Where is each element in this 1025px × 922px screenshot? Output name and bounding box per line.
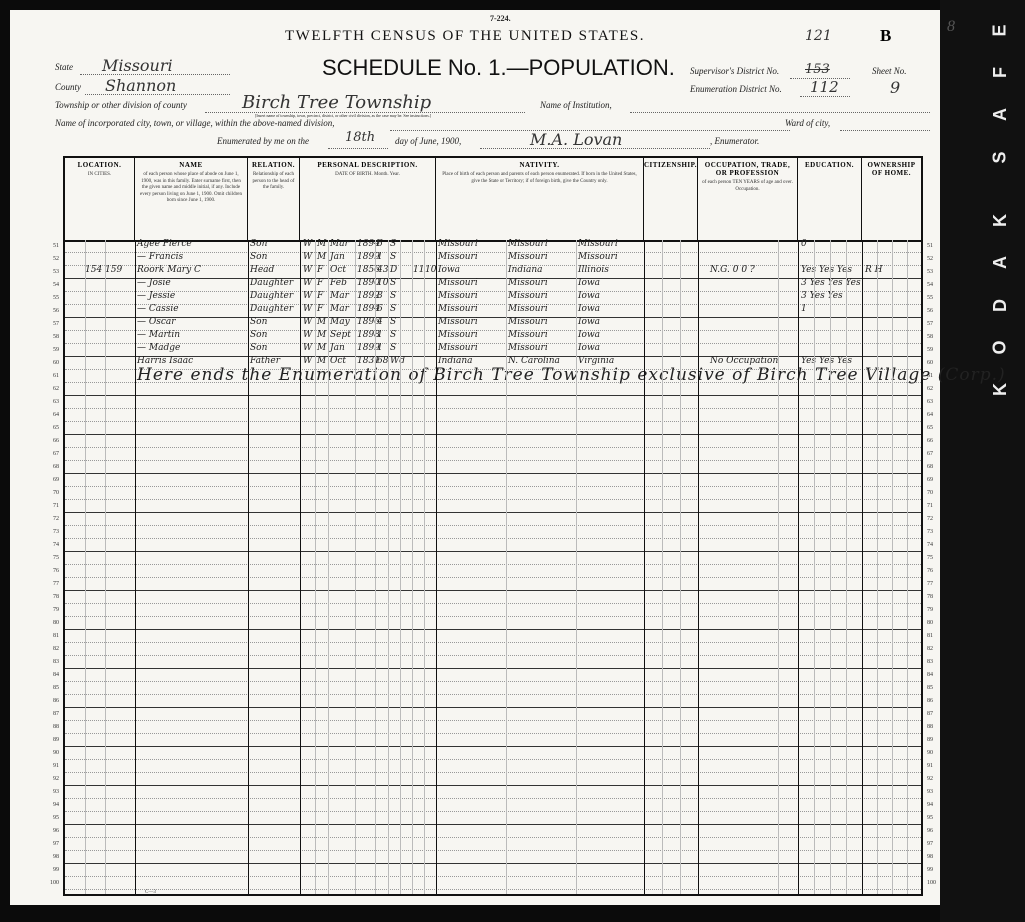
line-number-right: 63 — [927, 399, 933, 405]
cell-marital: S — [390, 291, 396, 301]
table-row: 7777 — [65, 578, 921, 591]
cell-age: 43 — [377, 265, 388, 275]
line-number: 53 — [39, 269, 59, 275]
table-row: 7373 — [65, 526, 921, 539]
line-number-right: 86 — [927, 698, 933, 704]
table-row: 7575 — [65, 552, 921, 565]
line-number-right: 98 — [927, 854, 933, 860]
line-number: 81 — [39, 633, 59, 639]
cell-color: W — [303, 317, 312, 327]
cell-family: 159 — [105, 265, 122, 275]
line-number-right: 84 — [927, 672, 933, 678]
line-number-right: 72 — [927, 516, 933, 522]
cell-birth-mother: Iowa — [578, 304, 600, 314]
cell-relation: Daughter — [250, 278, 293, 288]
line-number: 66 — [39, 438, 59, 444]
film-edge-letter: F — [990, 67, 1011, 78]
column-rule — [248, 240, 249, 894]
line-number-right: 64 — [927, 412, 933, 418]
column-rule — [907, 240, 908, 894]
column-rule — [300, 240, 301, 894]
population-table: LOCATION.IN CITIES. NAMEof each person w… — [63, 156, 923, 896]
sheet-letter: B — [880, 26, 891, 46]
column-rule — [862, 240, 863, 894]
column-rule — [644, 240, 645, 894]
township-value: Birch Tree Township — [242, 92, 431, 113]
column-rule — [135, 240, 136, 894]
cell-education: 3 Yes Yes — [801, 291, 843, 301]
census-title: TWELFTH CENSUS OF THE UNITED STATES. — [285, 28, 645, 45]
line-number: 82 — [39, 646, 59, 652]
table-row: 5353154159Roork Mary CHeadWFOct185643D11… — [65, 266, 921, 279]
table-row: 8686 — [65, 695, 921, 708]
cell-name: — Josie — [137, 278, 171, 288]
line-number: 89 — [39, 737, 59, 743]
line-number-right: 100 — [927, 880, 936, 886]
cell-month: Jan — [330, 252, 345, 262]
table-row: 5656— CassieDaughterWFMar18946SMissouriM… — [65, 305, 921, 318]
cell-birth-father: Missouri — [508, 278, 548, 288]
cell-age: 6 — [377, 304, 383, 314]
sheet-no-value: 9 — [890, 78, 900, 97]
cell-dwelling: 154 — [85, 265, 102, 275]
line-number-right: 97 — [927, 841, 933, 847]
enumerator-value: M.A. Lovan — [530, 130, 622, 149]
cell-birth-mother: Iowa — [578, 291, 600, 301]
sheet-no-label: Sheet No. — [872, 66, 907, 76]
table-row: 8989 — [65, 734, 921, 747]
cell-color: W — [303, 291, 312, 301]
table-row: 6262 — [65, 383, 921, 396]
film-edge-letter: D — [990, 299, 1011, 312]
table-row: 9191 — [65, 760, 921, 773]
supervisor-district-label: Supervisor's District No. — [690, 66, 779, 76]
enumeration-line — [800, 96, 850, 97]
cell-relation: Daughter — [250, 291, 293, 301]
table-row: 7070 — [65, 487, 921, 500]
cell-name: — Cassie — [137, 304, 179, 314]
line-number: 60 — [39, 360, 59, 366]
cell-color: W — [303, 239, 312, 249]
line-number-right: 75 — [927, 555, 933, 561]
cell-month: Sept — [330, 330, 351, 340]
cell-birth-self: Missouri — [438, 278, 478, 288]
line-number: 68 — [39, 464, 59, 470]
cell-birth-father: Missouri — [508, 304, 548, 314]
cell-marital: S — [390, 239, 396, 249]
enumerated-suffix: day of June, 1900, — [395, 136, 461, 146]
film-edge-text: KODAK SAFE — [985, 20, 1015, 400]
table-row: 8787 — [65, 708, 921, 721]
cell-birth-mother: Illinois — [578, 265, 609, 275]
table-row: 7272 — [65, 513, 921, 526]
line-number: 79 — [39, 607, 59, 613]
cell-birth-father: Missouri — [508, 317, 548, 327]
line-number: 97 — [39, 841, 59, 847]
header-relation: RELATION.Relationship of each person to … — [248, 158, 300, 240]
table-row: 9999 — [65, 864, 921, 877]
cell-name: — Martin — [137, 330, 180, 340]
table-row: 5454— JosieDaughterWFFeb189010SMissouriM… — [65, 279, 921, 292]
column-rule — [877, 240, 878, 894]
table-row: 7878 — [65, 591, 921, 604]
table-row: 6767 — [65, 448, 921, 461]
cell-month: Oct — [330, 265, 346, 275]
cell-marital: D — [390, 265, 397, 275]
line-number: 93 — [39, 789, 59, 795]
cell-marital: S — [390, 304, 396, 314]
census-sheet: 7-224. TWELFTH CENSUS OF THE UNITED STAT… — [10, 10, 940, 905]
line-number-right: 92 — [927, 776, 933, 782]
cell-month: Mar — [330, 304, 349, 314]
column-rule — [846, 240, 847, 894]
enumerator-label: , Enumerator. — [710, 136, 759, 146]
cell-sex: F — [317, 291, 323, 301]
column-rule — [388, 240, 389, 894]
cell-month: May — [330, 317, 350, 327]
cell-education: 1 — [801, 304, 807, 314]
cell-color: W — [303, 304, 312, 314]
column-rule — [355, 240, 356, 894]
cell-month: Feb — [330, 278, 347, 288]
line-number-right: 69 — [927, 477, 933, 483]
line-number-right: 76 — [927, 568, 933, 574]
line-number-right: 52 — [927, 256, 933, 262]
table-row: 6363 — [65, 396, 921, 409]
table-row: 9797 — [65, 838, 921, 851]
line-number: 95 — [39, 815, 59, 821]
line-number: 84 — [39, 672, 59, 678]
header-education: EDUCATION. — [798, 158, 862, 240]
cell-sex: F — [317, 304, 323, 314]
column-rule — [778, 240, 779, 894]
footer-mark: C—3 — [145, 890, 156, 895]
state-value: Missouri — [102, 56, 173, 75]
line-number-right: 62 — [927, 386, 933, 392]
line-number-right: 81 — [927, 633, 933, 639]
line-number-right: 85 — [927, 685, 933, 691]
cell-birth-father: Missouri — [508, 252, 548, 262]
cell-sex: M — [317, 343, 326, 353]
township-label: Township or other division of county — [55, 100, 187, 110]
line-number-right: 59 — [927, 347, 933, 353]
cell-color: W — [303, 252, 312, 262]
county-label: County — [55, 82, 81, 92]
cell-birth-father: Indiana — [508, 265, 543, 275]
cell-birth-self: Missouri — [438, 239, 478, 249]
line-number: 73 — [39, 529, 59, 535]
cell-relation: Daughter — [250, 304, 293, 314]
cell-education: Yes Yes Yes — [801, 265, 852, 275]
cell-age: 4 — [377, 317, 383, 327]
line-number: 59 — [39, 347, 59, 353]
cell-month: Mar — [330, 291, 349, 301]
cell-sex: F — [317, 278, 323, 288]
column-rule — [105, 240, 106, 894]
cell-mother-of: 11 — [413, 265, 424, 275]
table-row: 8484 — [65, 669, 921, 682]
line-number: 83 — [39, 659, 59, 665]
table-row: 9292 — [65, 773, 921, 786]
form-number: 7-224. — [490, 14, 511, 23]
line-number: 65 — [39, 425, 59, 431]
line-number-right: 70 — [927, 490, 933, 496]
line-number-right: 68 — [927, 464, 933, 470]
line-number: 88 — [39, 724, 59, 730]
cell-birth-self: Missouri — [438, 317, 478, 327]
column-rule — [375, 240, 376, 894]
header-occupation: OCCUPATION, TRADE, OR PROFESSIONof each … — [698, 158, 798, 240]
cell-name: — Madge — [137, 343, 180, 353]
table-row: 5555— JessieDaughterWFMar18928SMissouriM… — [65, 292, 921, 305]
table-row: 6161Here ends the Enumeration of Birch T… — [65, 370, 921, 383]
table-row: 5858— MartinSonWMSept18981SMissouriMisso… — [65, 331, 921, 344]
table-row: 6464 — [65, 409, 921, 422]
cell-color: W — [303, 330, 312, 340]
cell-birth-self: Missouri — [438, 304, 478, 314]
cell-birth-self: Missouri — [438, 330, 478, 340]
line-number-right: 53 — [927, 269, 933, 275]
table-row: 7171 — [65, 500, 921, 513]
cell-relation: Son — [250, 239, 267, 249]
cell-age: 8 — [377, 291, 383, 301]
table-row: 9090 — [65, 747, 921, 760]
line-number-right: 90 — [927, 750, 933, 756]
line-number: 94 — [39, 802, 59, 808]
cell-birth-father: Missouri — [508, 330, 548, 340]
cell-birth-self: Missouri — [438, 291, 478, 301]
line-number-right: 99 — [927, 867, 933, 873]
line-number: 63 — [39, 399, 59, 405]
table-row: 6666 — [65, 435, 921, 448]
column-rule — [680, 240, 681, 894]
table-row: 8080 — [65, 617, 921, 630]
cell-home: R H — [865, 265, 883, 275]
line-number-right: 71 — [927, 503, 933, 509]
column-rule — [328, 240, 329, 894]
enumerated-day: 18th — [345, 130, 375, 145]
cell-name: — Francis — [137, 252, 183, 262]
line-number: 51 — [39, 243, 59, 249]
cell-relation: Son — [250, 330, 267, 340]
line-number: 62 — [39, 386, 59, 392]
column-rule — [576, 240, 577, 894]
header-personal-description: PERSONAL DESCRIPTION.DATE OF BIRTH. Mont… — [300, 158, 436, 240]
film-edge-letter: K — [990, 214, 1011, 227]
cell-birth-mother: Missouri — [578, 239, 618, 249]
cell-name: — Jessie — [137, 291, 175, 301]
line-number: 58 — [39, 334, 59, 340]
cell-sex: F — [317, 265, 323, 275]
line-number: 85 — [39, 685, 59, 691]
line-number-right: 57 — [927, 321, 933, 327]
film-edge-letter: A — [990, 256, 1011, 269]
ward-label: Ward of city, — [785, 118, 830, 128]
column-rule — [436, 240, 437, 894]
table-row: 9393 — [65, 786, 921, 799]
line-number: 67 — [39, 451, 59, 457]
cell-sex: M — [317, 239, 326, 249]
state-label: State — [55, 62, 73, 72]
table-row: 6969 — [65, 474, 921, 487]
line-number: 96 — [39, 828, 59, 834]
cell-birth-mother: Iowa — [578, 278, 600, 288]
cell-marital: S — [390, 343, 396, 353]
line-number: 72 — [39, 516, 59, 522]
institution-line — [630, 112, 930, 113]
column-rule — [662, 240, 663, 894]
line-number-right: 65 — [927, 425, 933, 431]
table-row: 100100 — [65, 877, 921, 890]
table-row: 9595 — [65, 812, 921, 825]
table-row: 7676 — [65, 565, 921, 578]
cell-birth-mother: Iowa — [578, 330, 600, 340]
line-number-right: 82 — [927, 646, 933, 652]
line-number: 80 — [39, 620, 59, 626]
table-row: 5757— OscarSonWMMay18964SMissouriMissour… — [65, 318, 921, 331]
line-number: 71 — [39, 503, 59, 509]
cell-color: W — [303, 278, 312, 288]
line-number: 56 — [39, 308, 59, 314]
column-rule — [892, 240, 893, 894]
cell-name: — Oscar — [137, 317, 176, 327]
table-row: 7474 — [65, 539, 921, 552]
schedule-title: SCHEDULE No. 1.—POPULATION. — [322, 55, 675, 81]
line-number: 92 — [39, 776, 59, 782]
line-number-right: 73 — [927, 529, 933, 535]
header-citizenship: CITIZENSHIP. — [644, 158, 698, 240]
table-row: 8383 — [65, 656, 921, 669]
cell-birth-father: Missouri — [508, 291, 548, 301]
column-rule — [315, 240, 316, 894]
cell-birth-self: Missouri — [438, 343, 478, 353]
line-number-right: 67 — [927, 451, 933, 457]
header-nativity: NATIVITY.Place of birth of each person a… — [436, 158, 644, 240]
line-number: 90 — [39, 750, 59, 756]
column-rule — [798, 240, 799, 894]
line-number: 74 — [39, 542, 59, 548]
line-number-right: 56 — [927, 308, 933, 314]
ward-line — [840, 130, 930, 131]
cell-birth-self: Iowa — [438, 265, 460, 275]
line-number-right: 96 — [927, 828, 933, 834]
cell-birth-mother: Missouri — [578, 252, 618, 262]
line-number-right: 89 — [927, 737, 933, 743]
table-row: 6565 — [65, 422, 921, 435]
column-rule — [830, 240, 831, 894]
header-name: NAMEof each person whose place of abode … — [135, 158, 248, 240]
table-row: 8888 — [65, 721, 921, 734]
cell-birth-mother: Iowa — [578, 343, 600, 353]
line-number-right: 80 — [927, 620, 933, 626]
column-rule — [400, 240, 401, 894]
line-number-right: 88 — [927, 724, 933, 730]
cell-age: 1 — [377, 330, 383, 340]
line-number: 54 — [39, 282, 59, 288]
line-number: 76 — [39, 568, 59, 574]
line-number: 69 — [39, 477, 59, 483]
line-number-right: 54 — [927, 282, 933, 288]
line-number: 57 — [39, 321, 59, 327]
enumeration-district-label: Enumeration District No. — [690, 84, 782, 94]
line-number: 77 — [39, 581, 59, 587]
cell-sex: M — [317, 330, 326, 340]
cell-sex: M — [317, 317, 326, 327]
end-of-enumeration-note: Here ends the Enumeration of Birch Tree … — [137, 365, 1006, 385]
line-number-right: 83 — [927, 659, 933, 665]
line-number-right: 51 — [927, 243, 933, 249]
line-number: 78 — [39, 594, 59, 600]
cell-marital: S — [390, 278, 396, 288]
line-number-right: 74 — [927, 542, 933, 548]
cell-age: 10 — [377, 278, 388, 288]
institution-label: Name of Institution, — [540, 100, 612, 110]
header-ownership: OWNERSHIP OF HOME. — [862, 158, 921, 240]
table-header: LOCATION.IN CITIES. NAMEof each person w… — [65, 158, 921, 242]
line-number: 99 — [39, 867, 59, 873]
line-number-right: 93 — [927, 789, 933, 795]
cell-age: 1 — [377, 343, 383, 353]
cell-name: Roork Mary C — [137, 265, 201, 275]
table-row: 5959— MadgeSonWMJan18991SMissouriMissour… — [65, 344, 921, 357]
cell-color: W — [303, 265, 312, 275]
line-number-right: 94 — [927, 802, 933, 808]
cell-name: Agee Pierce — [137, 239, 192, 249]
top-district-mark: 121 — [805, 28, 832, 44]
cell-birth-mother: Iowa — [578, 317, 600, 327]
day-line — [328, 148, 388, 149]
line-number-right: 77 — [927, 581, 933, 587]
line-number: 52 — [39, 256, 59, 262]
line-number-right: 87 — [927, 711, 933, 717]
line-number-right: 55 — [927, 295, 933, 301]
line-number-right: 95 — [927, 815, 933, 821]
cell-month: Mar — [330, 239, 349, 249]
city-label: Name of incorporated city, town, or vill… — [55, 118, 334, 128]
table-row: 9494 — [65, 799, 921, 812]
table-row: 9696 — [65, 825, 921, 838]
column-rule — [506, 240, 507, 894]
cell-marital: S — [390, 330, 396, 340]
line-number-right: 78 — [927, 594, 933, 600]
line-number: 64 — [39, 412, 59, 418]
film-edge-letter: E — [989, 24, 1010, 36]
header-location: LOCATION.IN CITIES. — [65, 158, 135, 240]
line-number: 70 — [39, 490, 59, 496]
table-row: 6868 — [65, 461, 921, 474]
cell-marital: S — [390, 317, 396, 327]
film-edge-letter: S — [989, 151, 1010, 163]
table-row: 8181 — [65, 630, 921, 643]
supervisor-district-value: 153 — [805, 62, 830, 77]
column-rule — [412, 240, 413, 894]
enumeration-district-value: 112 — [810, 78, 839, 96]
line-number: 75 — [39, 555, 59, 561]
line-number: 98 — [39, 854, 59, 860]
cell-color: W — [303, 343, 312, 353]
line-number: 86 — [39, 698, 59, 704]
film-edge-letter: O — [989, 340, 1010, 354]
line-number: 91 — [39, 763, 59, 769]
table-row: 9898 — [65, 851, 921, 864]
cell-sex: M — [317, 252, 326, 262]
line-number: 100 — [39, 880, 59, 886]
table-row: 5151Agee PierceSonWMMar18946SMissouriMis… — [65, 240, 921, 253]
table-row: 7979 — [65, 604, 921, 617]
cell-children-living: 10 — [425, 265, 436, 275]
page-mark: 8 — [947, 18, 955, 36]
cell-marital: S — [390, 252, 396, 262]
